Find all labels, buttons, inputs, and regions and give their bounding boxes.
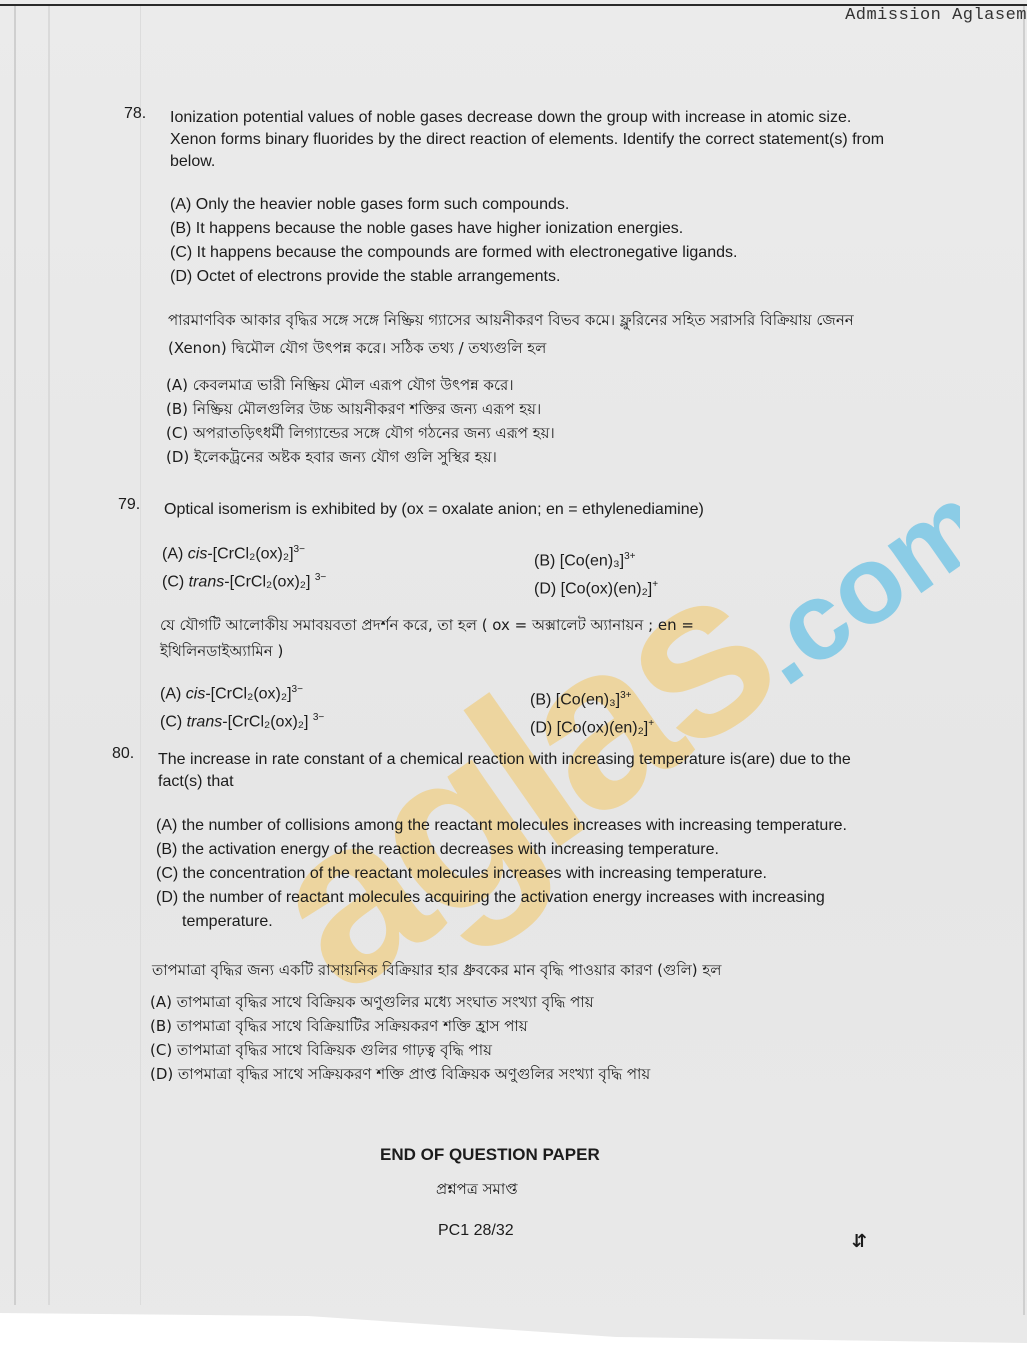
- option-d: (D) [Co(ox)(en)₂]+: [534, 573, 658, 601]
- option-d-bn: (D) তাপমাত্রা বৃদ্ধির সাথে সক্রিয়করণ শক…: [150, 1062, 650, 1086]
- question-79-text-bn: যে যৌগটি আলোকীয় সমাবয়বতা প্রদর্শন করে,…: [160, 612, 780, 664]
- question-79-options-right-bn: (B) [Co(en)₃]3+ (D) [Co(ox)(en)₂]+: [530, 684, 654, 741]
- question-79-options-right: (B) [Co(en)₃]3+ (D) [Co(ox)(en)₂]+: [534, 545, 658, 602]
- question-78-options-en: (A) Only the heavier noble gases form su…: [170, 193, 737, 289]
- option-c-bn: (C) অপরাতড়িৎধর্মী লিগ্যান্ডের সঙ্গে যৌগ…: [166, 421, 555, 445]
- question-79-text-en: Optical isomerism is exhibited by (ox = …: [164, 499, 784, 521]
- option-d: (D) [Co(ox)(en)₂]+: [530, 712, 654, 740]
- option-c: (C) It happens because the compounds are…: [170, 241, 737, 265]
- option-a: (A) cis-[CrCl₂(ox)₂]3−: [162, 538, 326, 566]
- corner-mark-icon: ⇆: [849, 1233, 870, 1248]
- option-a: (A) the number of collisions among the r…: [156, 814, 886, 838]
- scan-edge: [48, 6, 50, 1305]
- option-b-bn: (B) তাপমাত্রা বৃদ্ধির সাথে বিক্রিয়াটির …: [150, 1014, 650, 1038]
- question-80-text-bn: তাপমাত্রা বৃদ্ধির জন্য একটি রাসায়নিক বি…: [152, 958, 892, 982]
- document-page: Admission Aglasem aglas .com 78. Ionizat…: [0, 0, 1027, 1355]
- end-of-paper-title: END OF QUESTION PAPER: [380, 1145, 600, 1165]
- option-c: (C) the concentration of the reactant mo…: [156, 862, 886, 886]
- option-a: (A) cis-[CrCl₂(ox)₂]3−: [160, 678, 324, 706]
- option-b-bn: (B) নিষ্ক্রিয় মৌলগুলির উচ্চ আয়নীকরণ শক…: [166, 397, 555, 421]
- option-b: (B) [Co(en)₃]3+: [534, 545, 658, 573]
- option-b: (B) It happens because the noble gases h…: [170, 217, 737, 241]
- page-curl: [0, 1295, 1027, 1355]
- option-a-bn: (A) তাপমাত্রা বৃদ্ধির সাথে বিক্রিয়ক অণু…: [150, 990, 650, 1014]
- question-number: 78.: [124, 105, 146, 123]
- scan-edge: [1023, 6, 1025, 1315]
- scan-edge: [140, 6, 141, 1305]
- option-d: (D) the number of reactant molecules acq…: [156, 886, 886, 934]
- option-c: (C) trans-[CrCl₂(ox)₂] 3−: [162, 566, 326, 594]
- option-a: (A) Only the heavier noble gases form su…: [170, 193, 737, 217]
- question-number: 79.: [118, 496, 140, 514]
- question-79-options-left-bn: (A) cis-[CrCl₂(ox)₂]3− (C) trans-[CrCl₂(…: [160, 678, 324, 735]
- option-b: (B) [Co(en)₃]3+: [530, 684, 654, 712]
- question-78-text-en: Ionization potential values of noble gas…: [170, 107, 900, 173]
- question-80-options-bn: (A) তাপমাত্রা বৃদ্ধির সাথে বিক্রিয়ক অণু…: [150, 990, 650, 1086]
- question-79-options-left: (A) cis-[CrCl₂(ox)₂]3− (C) trans-[CrCl₂(…: [162, 538, 326, 595]
- scan-edge: [14, 6, 16, 1305]
- question-78-text-bn: পারমাণবিক আকার বৃদ্ধির সঙ্গে সঙ্গে নিষ্ক…: [168, 306, 898, 362]
- end-of-paper-bn: প্রশ্নপত্র সমাপ্ত: [436, 1178, 518, 1203]
- page-code: PC1 28/32: [438, 1222, 514, 1240]
- option-c-bn: (C) তাপমাত্রা বৃদ্ধির সাথে বিক্রিয়ক গুল…: [150, 1038, 650, 1062]
- option-b: (B) the activation energy of the reactio…: [156, 838, 886, 862]
- question-80-options-en: (A) the number of collisions among the r…: [156, 814, 886, 934]
- site-tag: Admission Aglasem: [845, 6, 1027, 25]
- question-number: 80.: [112, 745, 134, 763]
- option-c: (C) trans-[CrCl₂(ox)₂] 3−: [160, 706, 324, 734]
- question-80-text-en: The increase in rate constant of a chemi…: [158, 749, 888, 793]
- option-d: (D) Octet of electrons provide the stabl…: [170, 265, 737, 289]
- svg-text:.com: .com: [728, 460, 960, 708]
- option-d-bn: (D) ইলেকট্রনের অষ্টক হবার জন্য যৌগ গুলি …: [166, 445, 555, 469]
- option-a-bn: (A) কেবলমাত্র ভারী নিষ্ক্রিয় মৌল এরূপ য…: [166, 373, 555, 397]
- question-78-options-bn: (A) কেবলমাত্র ভারী নিষ্ক্রিয় মৌল এরূপ য…: [166, 373, 555, 469]
